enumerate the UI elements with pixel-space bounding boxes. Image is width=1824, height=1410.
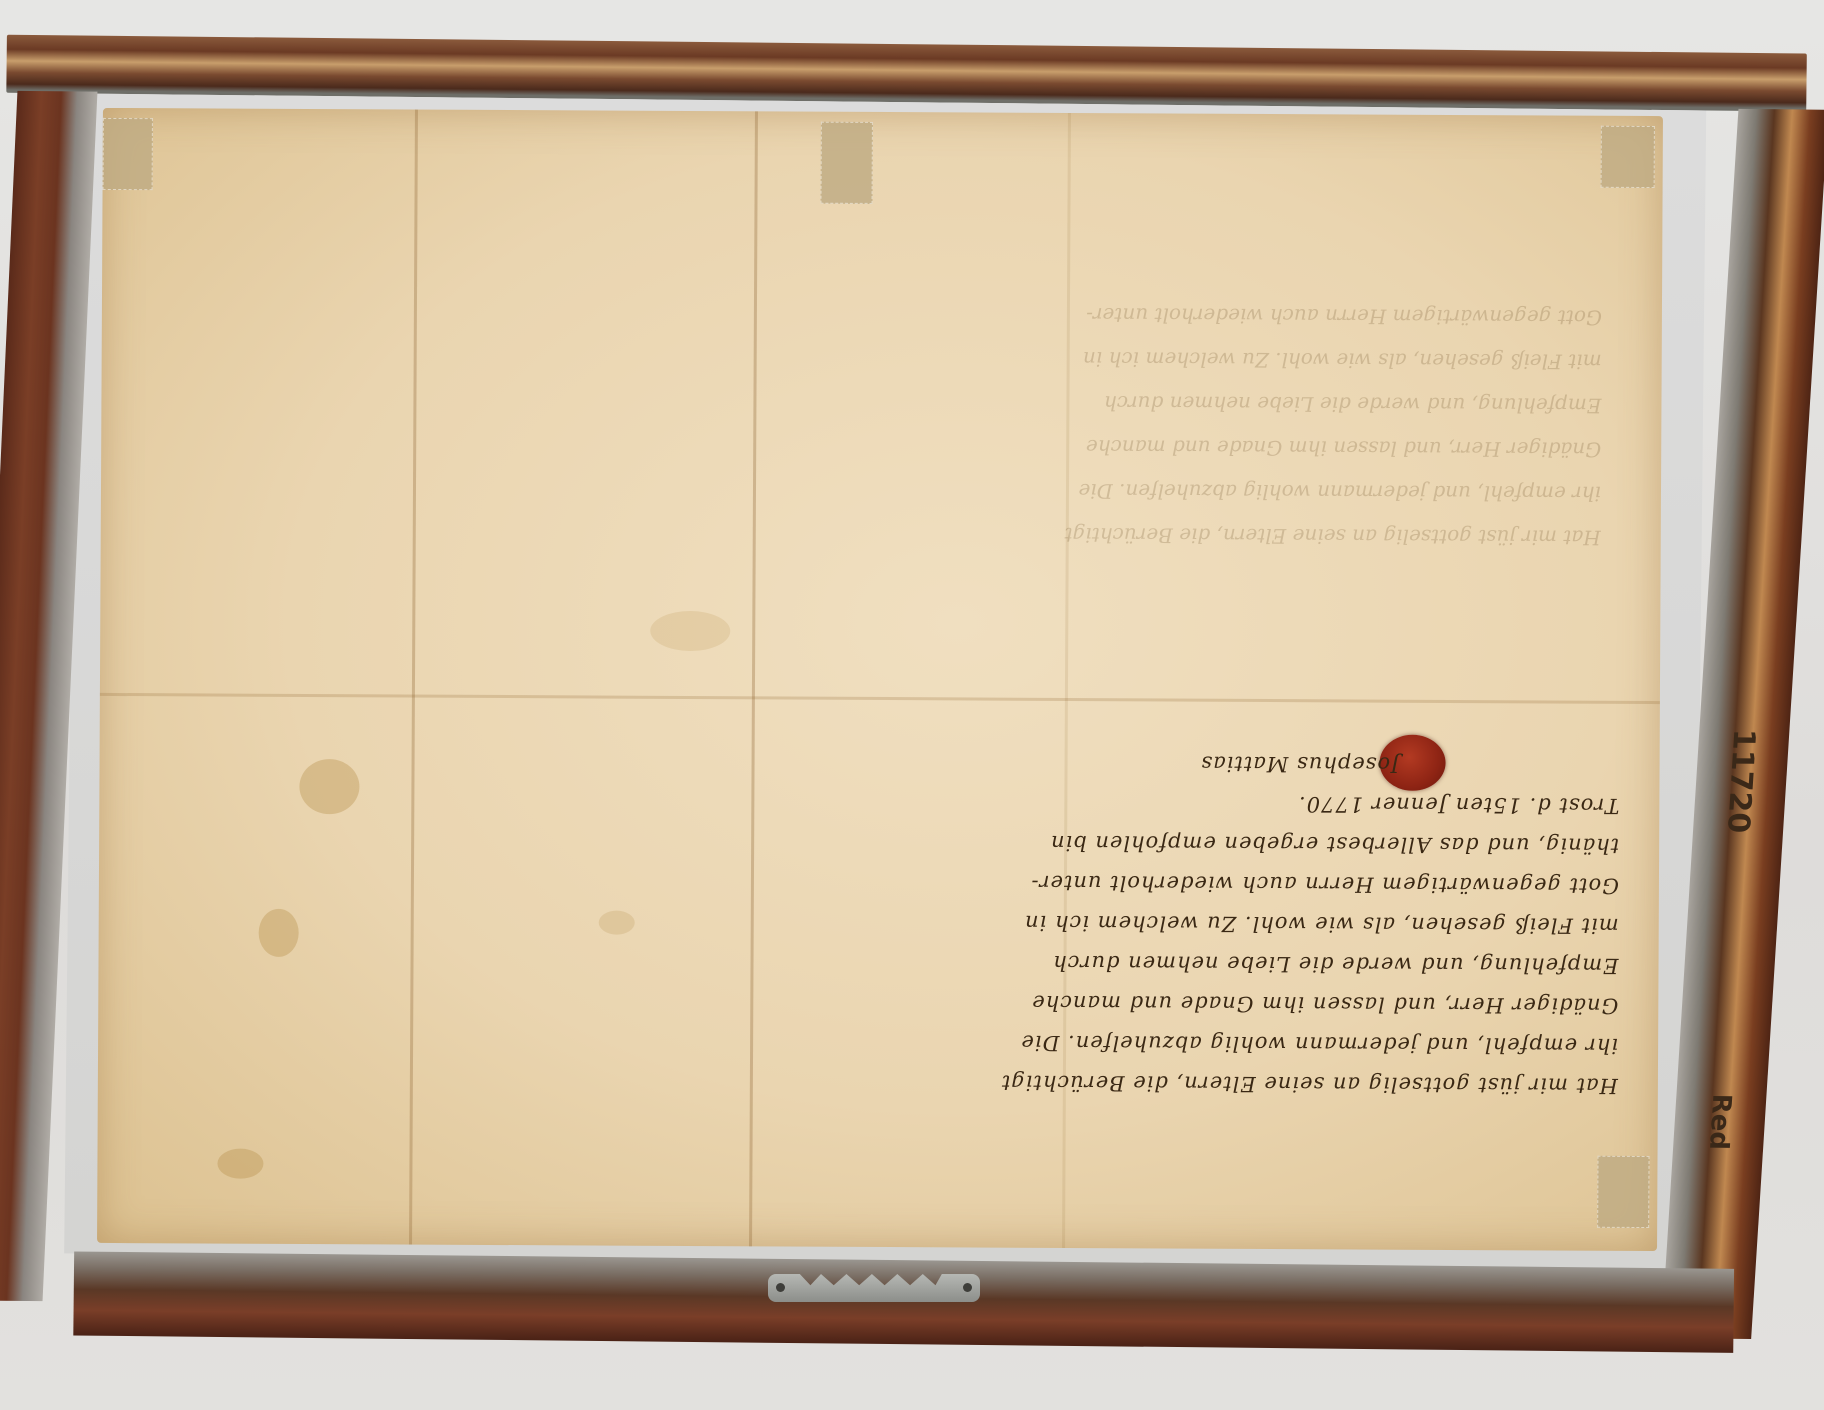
sawtooth-hanger-icon: [768, 1274, 980, 1302]
letter-line: thänig, und das Allerbest ergeben empfoh…: [899, 822, 1619, 866]
letter-line: Gnädiger Herr, und lassen ihm Gnade und …: [898, 982, 1618, 1026]
date-line: Trost d. 15ten Jenner 1770.: [899, 782, 1619, 826]
water-stain: [217, 1149, 263, 1179]
frame-inscription-word: Red: [1703, 1094, 1737, 1151]
tape-residue: [1601, 126, 1655, 188]
letter-line: Hat mir jüst gottselig an seine Eltern, …: [898, 1062, 1618, 1106]
water-stain: [650, 611, 730, 651]
signature: Josephus Mattias: [899, 742, 1619, 786]
letter-line: Gott gegenwärtigem Herrn auch wiederholt…: [899, 862, 1619, 906]
water-stain: [599, 911, 635, 935]
tape-residue: [103, 118, 153, 190]
tape-residue: [820, 122, 872, 204]
letter-line: mit Fleiß gesehen, als wie wohl. Zu welc…: [899, 902, 1619, 946]
faint-bleedthrough-text: Hat mir jüst gottselig an seine Eltern, …: [981, 293, 1602, 560]
tape-residue: [1597, 1156, 1649, 1228]
fold-line: [749, 111, 758, 1246]
water-stain: [299, 759, 359, 814]
screw-hole: [776, 1283, 785, 1292]
letter-paper: Hat mir jüst gottselig an seine Eltern, …: [97, 108, 1663, 1251]
screw-hole: [963, 1283, 972, 1292]
letter-line: Empfehlung, und werde die Liebe nehmen d…: [898, 942, 1618, 986]
fold-line: [409, 110, 418, 1245]
water-stain: [259, 909, 299, 957]
frame-bottom-rail: [73, 1251, 1734, 1352]
letter-line: ihr empfehl, und jedermann wohlig abzuhe…: [898, 1022, 1618, 1066]
fold-line: [100, 693, 1660, 704]
frame-inscription-number: 11720: [1720, 729, 1762, 834]
handwritten-letter-text: Hat mir jüst gottselig an seine Eltern, …: [898, 742, 1620, 1106]
